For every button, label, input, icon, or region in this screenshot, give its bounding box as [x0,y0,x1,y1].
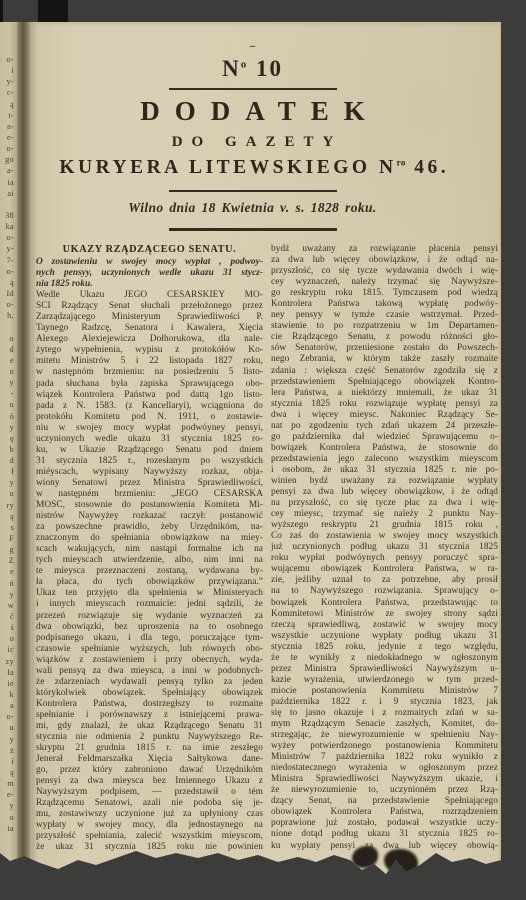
text-line: obowiązek Kontrolera Państwa, rozrządzen… [271,807,498,818]
text-line: nego Zebrania, w którym także zaszły roz… [271,354,498,365]
edge-text-fragment [0,321,17,332]
text-line: wiązek Kontrolera Państwa pod dattą 1go … [36,390,263,401]
article-body-right: bydź uważany za rozwiązanie płacenia pen… [271,244,498,852]
edge-text-fragment: u [0,399,17,410]
article-columns: UKAZY RZĄDZĄCEGO SENATU. O zostawieniu w… [36,244,498,854]
article-heading: UKAZY RZĄDZĄCEGO SENATU. [36,244,263,256]
text-line: żytego wypełnienia, wypisu z protokółów … [36,345,263,356]
text-line: cey mieysc, trzymać się należy 2 punktu … [271,509,498,520]
edge-text-fragment: ia [0,177,17,188]
text-line: wszystkie uczynione wypłaty podług ukazu… [271,631,498,642]
edge-text-fragment: i [0,65,17,76]
edge-text-fragment: y [0,589,17,600]
text-line: że te wynikły z niedokładnego w ogłoszon… [271,653,498,664]
text-line: roku wypłat podwóynych pensyy poruczyć s… [271,553,498,564]
text-line: te mieysca przeznaczeni zostaną, wydawan… [36,566,263,577]
text-line: tych mieyscach utwierdzenie, albo, nim i… [36,555,263,566]
text-line: Kommitetowi Ministrów ze swojey strony s… [271,609,498,620]
text-line: go, przez który zabroniono dawać Urzędni… [36,765,263,776]
printers-dash: – [32,41,473,51]
text-line: kazie wyrażenia, utwierdzonego w tym prz… [271,675,498,686]
text-line: poprawione już zostało, podawał wszystki… [271,818,498,829]
text-line: przedstawienia jego zalecono wszystkim m… [271,454,498,465]
edge-text-fragment: ą [0,99,17,110]
text-line: na to Naywyższego rozwiązania. Sprawując… [271,586,498,597]
edge-text-fragment: o- [0,266,17,277]
rule-under-journal [169,190,337,192]
edge-text-fragment: i [0,756,17,767]
text-line: dwa i więcey mieysc. Nakoniec Rządzący S… [271,410,498,421]
text-line: ŚCI Rządzący Senat słuchali przełożonego… [36,301,263,312]
edge-text-fragment: y [0,800,17,811]
journal-name-line: KURYERA LITEWSKIEGO Nro 46. [32,157,473,179]
text-line: na przyszłość, co się tycze płac za dwa … [271,498,498,509]
ink-blot [384,849,418,875]
text-line: stycznia 1825 roku, jedynie z tego wzglę… [271,642,498,653]
text-line: niu w swojey mocy wypłat podwóyney pensy… [36,423,263,434]
text-line: dzący Senat, na przedstawienie Spełniają… [271,796,498,807]
text-line: ney pensyy w tymże czasie wstrzymał. Prz… [271,310,498,321]
text-line: pada z N. 1583. (z Kancellaryi), wciągni… [36,401,263,412]
text-line: miocie postanowienia Kommitetu Ministrów… [271,686,498,697]
edge-text-fragment: ł [0,466,17,477]
text-line: Rządzącemu Senatowi, azali nie podoba si… [36,798,263,809]
adjacent-page-edge: o-iy-c-ąt-a-e-o-goa-iaai38kao-y-7-o-ąIdo… [0,22,17,876]
text-line: wypłaty w swojey mocy, dla jednostaynego… [36,820,263,831]
edge-text-fragment [0,199,17,210]
text-line: wyżey potwierdzonego postanowienia Kommi… [271,741,498,752]
text-line: lera Państwa, a niektórzy mniemali, że u… [271,388,498,399]
text-line: za powszechne prawidło, żeby Urzędnikóm,… [36,522,263,533]
text-line: że zdarzeniach wydawali pensyą tylko za … [36,677,263,688]
text-line: przyszłość spełniania, zalecić wszystkim… [36,831,263,842]
issue-superscript: o [241,58,249,70]
text-line: mitetu Ministrów 5 i 22 listopada 1827 r… [36,356,263,367]
text-line: uczynionych wedle ukazu 31 stycznia 1825… [36,434,263,445]
edge-text-fragment: o- [0,232,17,243]
edge-text-fragment: a [0,700,17,711]
edge-text-fragment: k [0,689,17,700]
edge-text-fragment: ka [0,221,17,232]
text-line: zdania : większa część Senatorów zgodził… [271,366,498,377]
edge-text-fragment: o- [0,299,17,310]
text-line: Jenerał Feldmarszałka Xięcia Sałtykowa d… [36,754,263,765]
text-line: stycznia 1825 roku rozwiązuje wypłatę pe… [271,399,498,410]
text-line: stawienie to po rozpatrzeniu w 1m Depart… [271,321,498,332]
text-line: protokółu Komitetu pod N. 1911, o zostaw… [36,412,263,423]
newspaper-page: o-iy-c-ąt-a-e-o-goa-iaai38kao-y-7-o-ąIdo… [0,22,501,876]
text-line: Ukaz ten przyjęto dla spełnienia w Minis… [36,588,263,599]
column-left: UKAZY RZĄDZĄCEGO SENATU. O zostawieniu w… [36,244,263,854]
rule-under-dateline [169,228,337,231]
edge-text-fragment: h, [0,310,17,321]
edge-text-fragment: c- [0,87,17,98]
text-line: i osobom, że ukaz 31 stycznia 1825 r. ni… [271,465,498,476]
text-line: Ministra Sprawiedliwości Naywyższym ukaz… [271,774,498,785]
edge-text-fragment: u [0,722,17,733]
edge-text-fragment: d [0,455,17,466]
text-line: nistrów Naywyżey rozkazać raczył: postan… [36,511,263,522]
text-line: rzeczą sprawiedliwą, zostawić w swojey m… [271,620,498,631]
text-line: Zarządzającego Ministeryum Sprawiedliwoś… [36,312,263,323]
journal-number-superscript: ro [397,158,406,168]
edge-text-fragment: t- [0,110,17,121]
text-line: strzegając, że niewyrozumienie w spełnie… [271,730,498,741]
text-line: wali pensyą za dwa mieysca, a inni w pod… [36,666,263,677]
text-line: MOŚĆ, stosownie do postanowienia Komitet… [36,500,263,511]
intro-text-line: nia 1825 roku. [36,279,263,290]
text-line: przezeń rozwiązuje się wydanie wyznaczeń… [36,611,263,622]
text-line: mi, gdy znalazł, że ukaz Rządzącego Sena… [36,721,263,732]
scanner-background-notch [38,0,68,24]
edge-text-fragment: o [0,633,17,644]
page-title: DODATEK [32,96,473,127]
edge-text-fragment: d [0,344,17,355]
text-line: miéyscach, wypisany Naywyższy rozkaz, ob… [36,467,263,478]
edge-text-fragment: y [0,422,17,433]
text-line: ku wypłaty pensyi za dwa lub więcey obow… [271,841,498,852]
edge-text-fragment: ą [0,511,17,522]
article-intro: O zostawieniu w swojey mocy wypłat , pod… [36,257,263,290]
text-line: się to jasno okazuje i z rozmaitych zdań… [271,708,498,719]
text-line: nat po zgodzeniu tych zdań ukazem 24 prz… [271,421,498,432]
edge-text-fragment: ś [0,622,17,633]
edge-text-fragment: ę [0,433,17,444]
rule-under-issue [169,88,337,90]
edge-text-fragment: y- [0,243,17,254]
text-line: Kontrolera Państwa takową wypłatę podwóy… [271,299,498,310]
article-body-left: Wedle Ukazu JEGO CESARSKIEY MO-ŚCI Rządz… [36,290,263,853]
edge-text-fragment: ó [0,411,17,422]
edge-text-fragment: Z [0,555,17,566]
text-line: niedostatecznego wyrażenia w ogłoszonym … [271,763,498,774]
column-right: bydź uważany za rozwiązanie płacenia pen… [271,244,498,854]
edge-text-fragment: e- [0,132,17,143]
issue-number: No 10 [32,56,473,82]
edge-text-fragment: m [0,778,17,789]
text-line: za dwa lub więcey obowiązkow, i że odtąd… [271,255,498,266]
edge-text-fragment: a- [0,121,17,132]
text-line: podpisanego ukazu, i dla tego, poruczają… [36,633,263,644]
edge-text-fragment: o [0,812,17,823]
text-line: nione dotąd podług ukazu 31 stycznia 182… [271,829,498,840]
edge-text-fragment: ć [0,611,17,622]
text-line: mu, zostawiwszy uczynione już za upłynio… [36,809,263,820]
text-line: pada słuchana była zapiska Sprawującego … [36,379,263,390]
intro-text-line: O zostawieniu w swojey mocy wypłat , pod… [36,257,263,268]
text-line: w następném brzmieniu: „JEGO CESARSKA [36,489,263,500]
text-line: bowiązek Kontrolera Państwa, przedstawuj… [271,598,498,609]
edge-text-fragment: ą [0,277,17,288]
text-line: przez Ministra Sprawiedliwości Naywyższy… [271,664,498,675]
edge-text-fragment: ń [0,578,17,589]
edge-text-fragment: 38 [0,210,17,221]
text-line: winien bydź uważany za rozwiązanie wypła… [271,476,498,487]
text-line: stycznia nie odmienia 2 punktu Naywyższe… [36,732,263,743]
text-line: w następnóm brzmieniu: na posiedzeniu 5 … [36,367,263,378]
dateline: Wilno dnia 18 Kwietnia v. s. 1828 roku. [32,200,473,216]
journal-number: 46. [414,157,449,178]
edge-text-fragment: zy [0,656,17,667]
text-line: już uczynionych podług ukazu 31 stycznia… [271,542,498,553]
text-line: przyszłość, co się tycze wydawania dwóch… [271,266,498,277]
text-line: skryptu 21 grudnia 1815 r. na imie zeszł… [36,743,263,754]
edge-text-fragment: F [0,533,17,544]
edge-text-fragment: o- [0,711,17,722]
text-line: sów Senatorów, przeniesione zostało do P… [271,343,498,354]
text-line: i innych mieyscach rozmaicie: jedni sądz… [36,599,263,610]
edge-text-fragment: s [0,522,17,533]
ink-blot [300,860,314,870]
text-line: wującemu obowiązek Kontrolera Państwa, w… [271,564,498,575]
text-line: Taynego Radzcę, Senatora i Kawalera, Xię… [36,323,263,334]
page-surface: – No 10 DODATEK DO GAZETY KURYERA LITEWS… [32,22,501,877]
edge-text-fragment: y [0,734,17,745]
edge-text-fragment: ą [0,767,17,778]
journal-number-prefix: N [379,157,397,178]
edge-text-fragment: g [0,544,17,555]
text-line: ku, w Ukazie Rządzącego Senatu pod dniem [36,445,263,456]
text-line: Alexego Alexiejewicza Dołhorukowa, dla n… [36,334,263,345]
edge-text-fragment: y [0,377,17,388]
text-line: mym Rządzącym Senacie zaszłych, Komitet,… [271,719,498,730]
edge-text-fragment: n [0,366,17,377]
adjacent-page-text-fragments: o-iy-c-ąt-a-e-o-goa-iaai38kao-y-7-o-ąIdo… [0,22,17,834]
text-line: go października dał wiedzieć Sprawującem… [271,432,498,443]
edge-text-fragment: ie [0,678,17,689]
edge-text-fragment: ia [0,823,17,834]
edge-text-fragment: o- [0,54,17,65]
text-line: przedstawieniem Spełniającego obowiązek … [271,377,498,388]
edge-text-fragment: Id [0,288,17,299]
gutter-shadow [17,22,32,876]
text-line: cie Rządzącego Senatu, z powodu różności… [271,332,498,343]
text-line: 31 stycznia 1825 r., rozesłanym po wszys… [36,456,263,467]
edge-text-fragment: e [0,566,17,577]
page-subtitle: DO GAZETY [32,134,473,151]
text-line: scach wakujących, nim nastąpi formalne i… [36,544,263,555]
text-line: Wedle Ukazu JEGO CESARSKIEY MO- [36,290,263,301]
text-line: spełnianie i porównawszy z istniejącemi … [36,710,263,721]
text-line: bydź uważany za rozwiązanie płacenia pen… [271,244,498,255]
text-line: zie, jeżliby uznał to za potrzebne, aby … [271,575,498,586]
edge-text-fragment: ic [0,644,17,655]
edge-text-fragment: ry [0,500,17,511]
text-line: dwa obowiązki, bez uproszenia na to osob… [36,622,263,633]
journal-name: KURYERA LITEWSKIEGO [59,157,370,178]
text-line: wiązków z zostawieniem i przy obecnych, … [36,655,263,666]
edge-text-fragment: ż [0,745,17,756]
edge-text-fragment: b [0,444,17,455]
text-line: pensyi za dwa lub więcey obowiązkow, i ż… [271,487,498,498]
edge-text-fragment: y [0,477,17,488]
text-line: Ministrów 7 października 1822 roku wynik… [271,752,498,763]
edge-text-fragment: w [0,600,17,611]
edge-text-fragment: 7- [0,255,17,266]
text-line: znaczonym do spełniania obowiązkow na mi… [36,533,263,544]
text-line: że ukaz 31 stycznia 1825 roku nie powini… [36,842,263,853]
text-line: Kontrolera Państwa, dostrzegłszy to rozm… [36,699,263,710]
edge-text-fragment: o- [0,143,17,154]
text-line: czasowie spełnianie wyższych, lub równyc… [36,644,263,655]
edge-text-fragment: e- [0,789,17,800]
text-line: że niewyrozumienie to, uczynioném przez … [271,785,498,796]
text-line: wyższego reskryptu 21 grudnia 1815 roku … [271,520,498,531]
edge-text-fragment: e [0,355,17,366]
text-line: pensyi za dwa mieysca bez Imiennego Ukaz… [36,776,263,787]
text-line: października 1822 r. i 9 stycznia 1823, … [271,697,498,708]
edge-text-fragment: u [0,488,17,499]
edge-text-fragment: go [0,154,17,165]
text-line: Naywyższym podpisem, — przedstawił o tém [36,787,263,798]
text-line: bowiązek Kontrolera Państwa, że stosowni… [271,443,498,454]
edge-text-fragment: y- [0,76,17,87]
scanned-document: o-iy-c-ąt-a-e-o-goa-iaai38kao-y-7-o-ąIdo… [0,0,526,900]
text-line: ła płaca, do tych obowiązków przywiązana… [36,577,263,588]
edge-text-fragment: o [0,333,17,344]
text-line: wiony Senatowi przez Ministra Sprawiedli… [36,478,263,489]
edge-text-fragment: - [0,388,17,399]
text-line: którykolwiek obowiązek. Spełniający obow… [36,688,263,699]
text-line: Co zaś do zostawienia w swojey mocy wszy… [271,531,498,542]
edge-text-fragment: ai [0,188,17,199]
issue-value: 10 [256,56,283,81]
intro-text-line: nych pensyy, uczynionych wedle ukazu 31 … [36,268,263,279]
edge-text-fragment: a- [0,165,17,176]
text-line: go reskryptu roku 1815. Tymczasem pod wi… [271,288,498,299]
ink-blot [352,846,378,868]
text-line: cey wyznaczeń, należy trzymać się Naywyż… [271,277,498,288]
edge-text-fragment: ła [0,667,17,678]
issue-prefix: N [222,56,241,81]
